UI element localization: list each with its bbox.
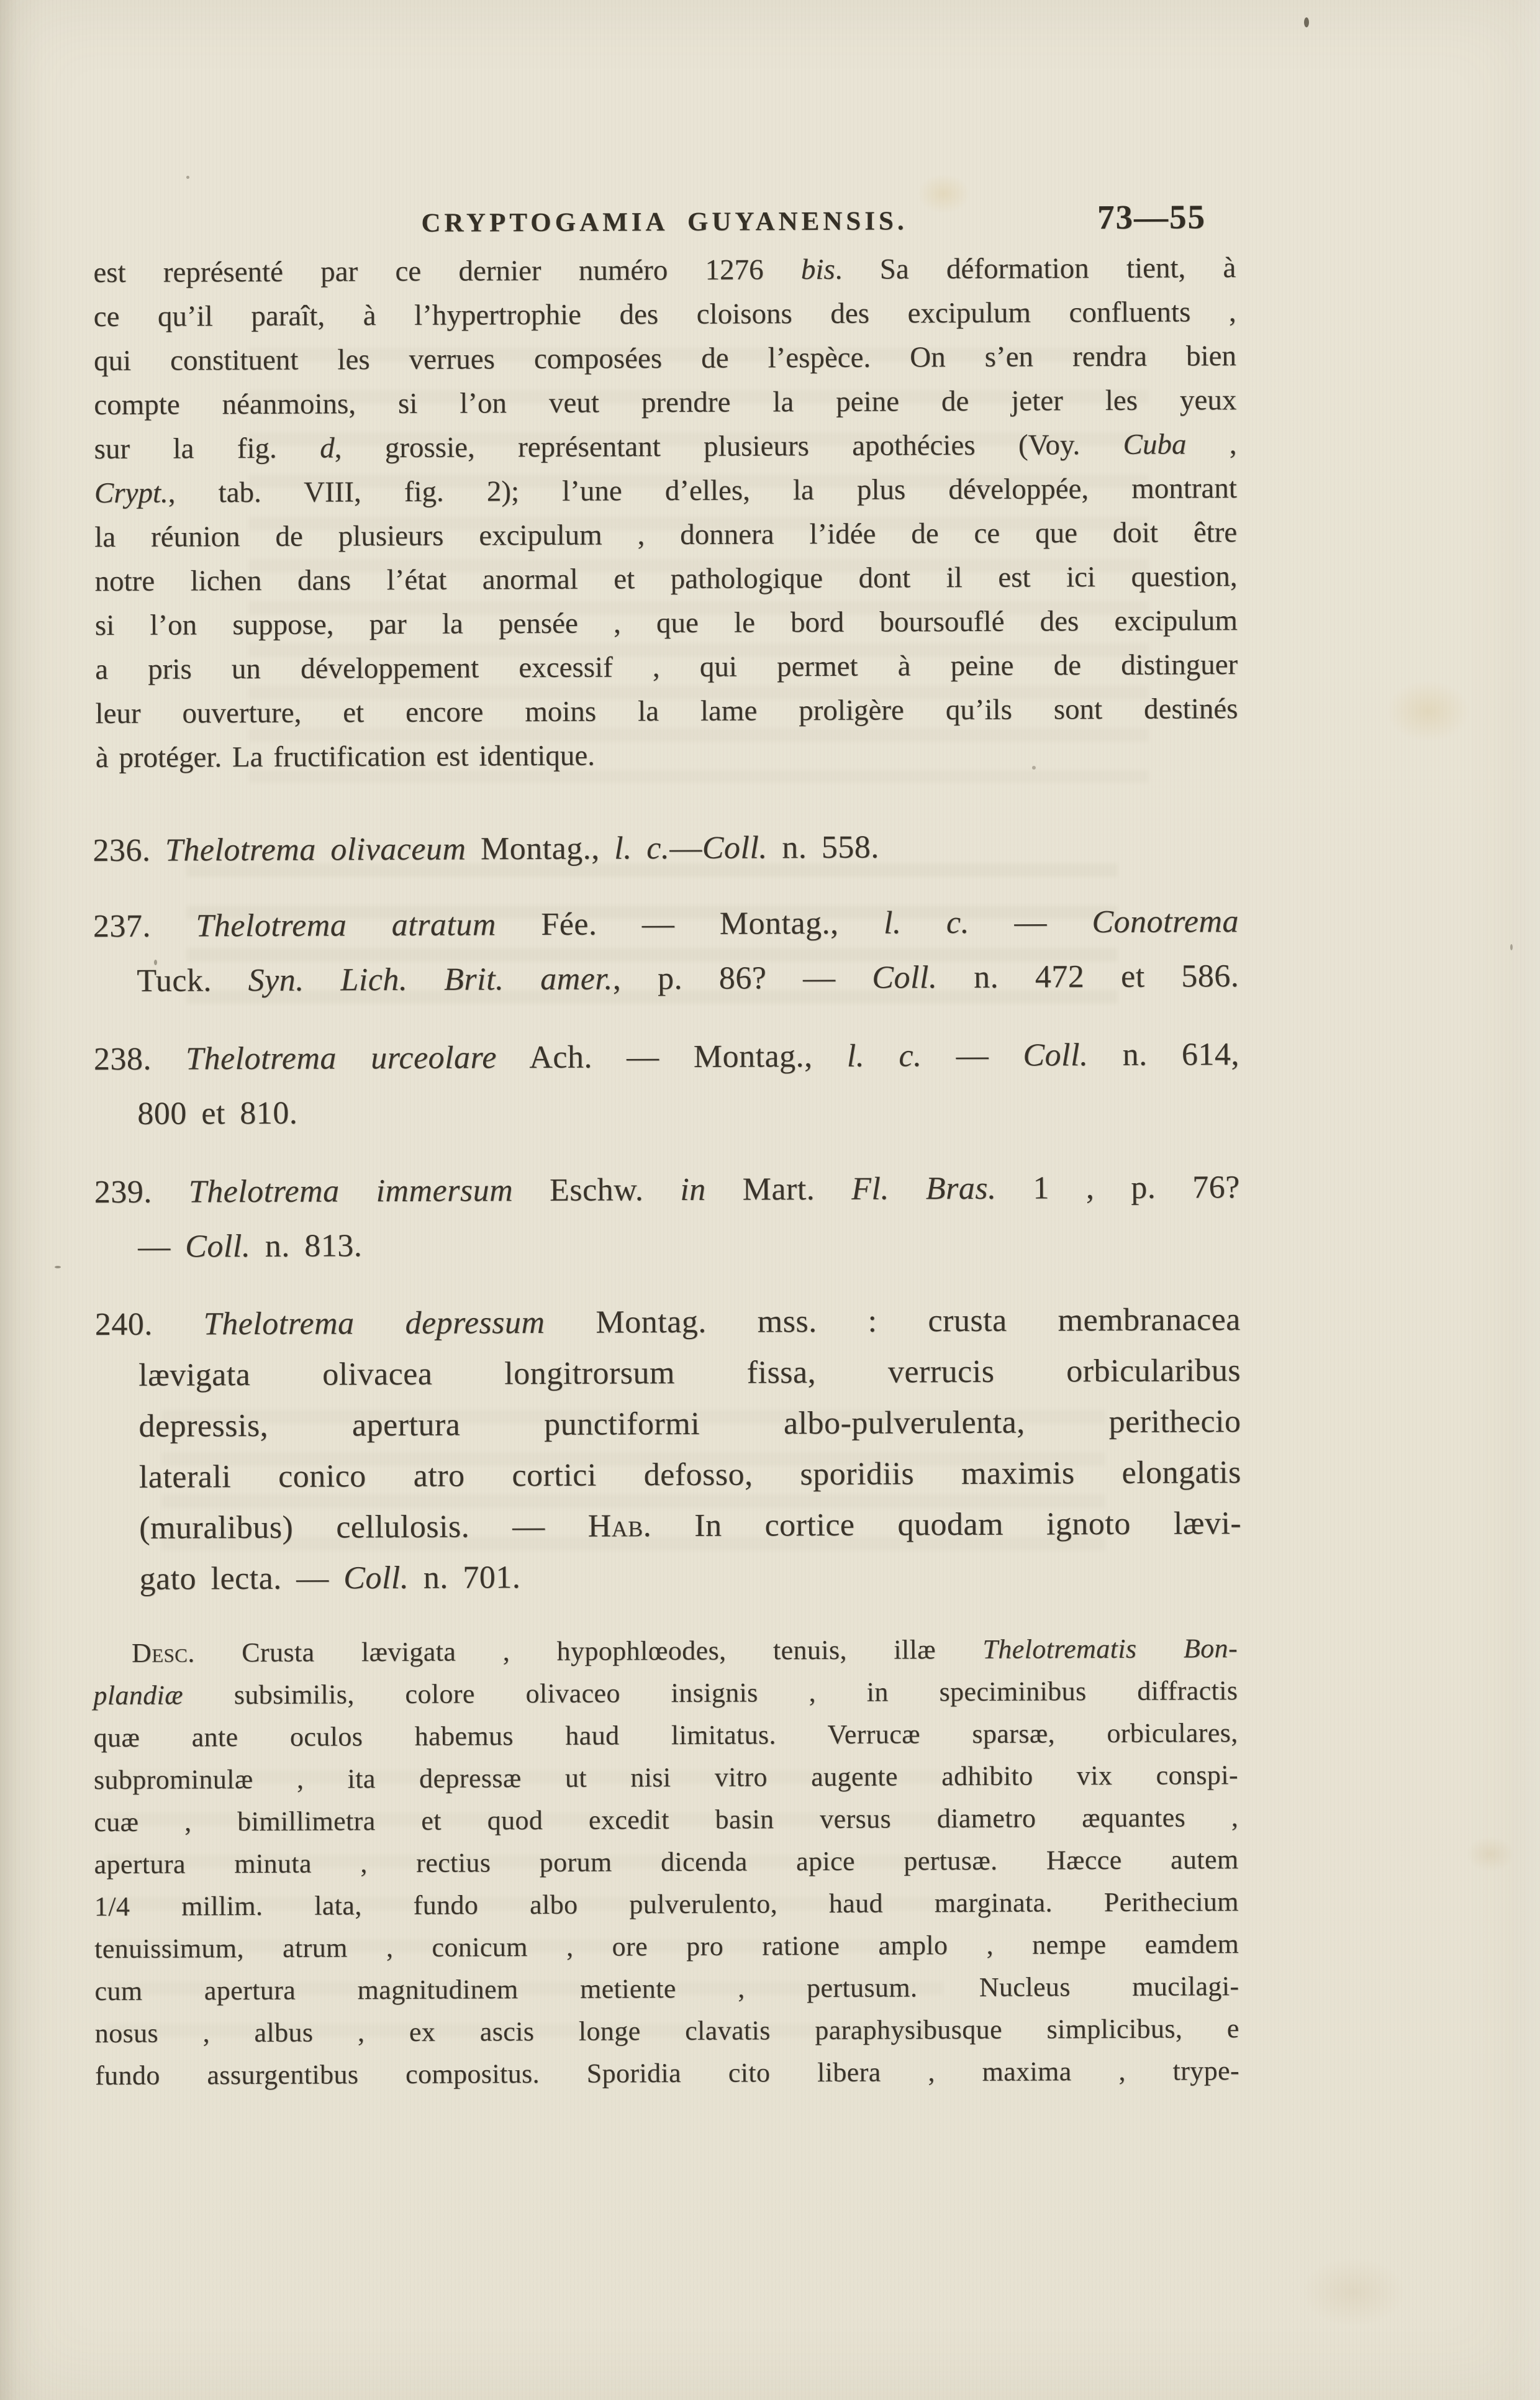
entry-236-thelotrema-olivaceum: 236. Thelotrema olivaceum Montag., l. c.… — [93, 821, 1238, 876]
intro-paragraph: est représenté par ce dernier numéro 127… — [93, 246, 1238, 780]
description-paragraph: Desc. Crusta lævigata , hypophlœodes, te… — [93, 1627, 1239, 2097]
scanned-book-page: CRYPTOGAMIA GUYANENSIS. 73—55 est représ… — [0, 0, 1540, 2400]
entry-238-thelotrema-urceolare: 238. Thelotrema urceolare Ach. — Montag.… — [94, 1027, 1240, 1142]
entry-239-thelotrema-immersum: 239. Thelotrema immersum Eschw. in Mart.… — [94, 1160, 1241, 1275]
entry-240-thelotrema-depressum: 240. Thelotrema depressum Montag. mss. :… — [95, 1294, 1242, 1605]
page-number: 73—55 — [1097, 197, 1206, 237]
page-text: CRYPTOGAMIA GUYANENSIS. 73—55 est représ… — [0, 0, 1540, 2400]
entry-237-thelotrema-atratum: 237. Thelotrema atratum Fée. — Montag., … — [93, 894, 1239, 1009]
running-title: CRYPTOGAMIA GUYANENSIS. — [93, 204, 1236, 240]
